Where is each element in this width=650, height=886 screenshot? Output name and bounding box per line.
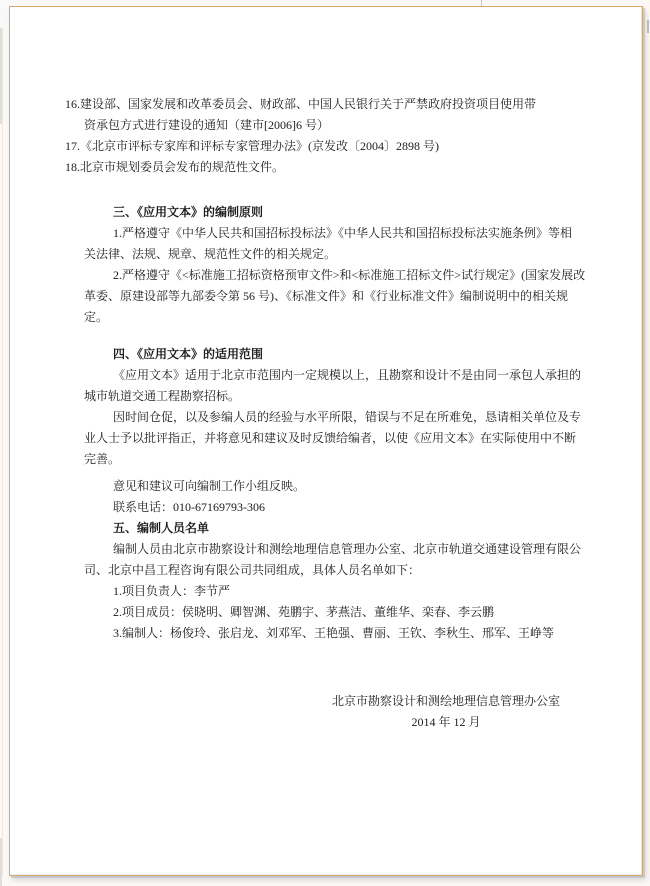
signature-block: 北京市勘察设计和测绘地理信息管理办公室 2014 年 12 月: [332, 691, 560, 733]
project-lead-line: 1.项目负责人：李节严: [84, 581, 574, 602]
adjacent-page-edge-bottom: [0, 838, 2, 886]
feedback-note: 意见和建议可向编制工作小组反映。: [84, 476, 574, 497]
adjacent-page-edge: [2, 28, 3, 876]
document-page: 16.建设部、国家发展和改革委员会、财政部、中国人民银行关于严禁政府投资项目使用…: [9, 6, 643, 876]
signature-organization: 北京市勘察设计和测绘地理信息管理办公室: [332, 691, 560, 712]
project-members-line: 2.项目成员：侯晓明、卿智渊、苑鹏宇、茅燕洁、董维华、栾春、李云鹏: [84, 602, 574, 623]
paragraph: 编制人员由北京市勘察设计和测绘地理信息管理办公室、北京市轨道交通建设管理有限公 …: [84, 539, 574, 581]
signature-date: 2014 年 12 月: [332, 712, 560, 733]
section-heading-personnel: 五、编制人员名单: [84, 518, 574, 539]
section-heading-principles: 三、《应用文本》的编制原则: [84, 202, 574, 223]
list-item-16: 16.建设部、国家发展和改革委员会、财政部、中国人民银行关于严禁政府投资项目使用…: [84, 94, 574, 136]
paragraph: 《应用文本》适用于北京市范围内一定规模以上，且勘察和设计不是由同一承包人承担的 …: [84, 365, 574, 407]
section-heading-scope: 四、《应用文本》的适用范围: [84, 344, 574, 365]
adjacent-page-edge-top: [0, 28, 2, 124]
scrollbar-tick: [647, 20, 649, 33]
document-content: 16.建设部、国家发展和改革委员会、财政部、中国人民银行关于严禁政府投资项目使用…: [10, 7, 642, 733]
paragraph: 2.严格遵守《<标准施工招标资格预审文件>和<标准施工招标文件>试行规定》(国家…: [84, 265, 574, 328]
editors-line: 3.编制人：杨俊玲、张启龙、刘邓军、王艳强、曹丽、王钦、李秋生、邢军、王峥等: [84, 623, 574, 644]
list-item-18: 18.北京市规划委员会发布的规范性文件。: [84, 157, 574, 178]
contact-phone-line: 联系电话：010-67169793-306: [84, 497, 574, 518]
paragraph: 1.严格遵守《中华人民共和国招标投标法》《中华人民共和国招标投标法实施条例》等相…: [84, 223, 574, 265]
list-item-17: 17.《北京市评标专家库和评标专家管理办法》(京发改〔2004〕2898 号): [84, 136, 574, 157]
paragraph: 因时间仓促，以及参编人员的经验与水平所限，错误与不足在所难免，恳请相关单位及专 …: [84, 407, 574, 470]
document-viewer-background: 16.建设部、国家发展和改革委员会、财政部、中国人民银行关于严禁政府投资项目使用…: [0, 0, 650, 886]
